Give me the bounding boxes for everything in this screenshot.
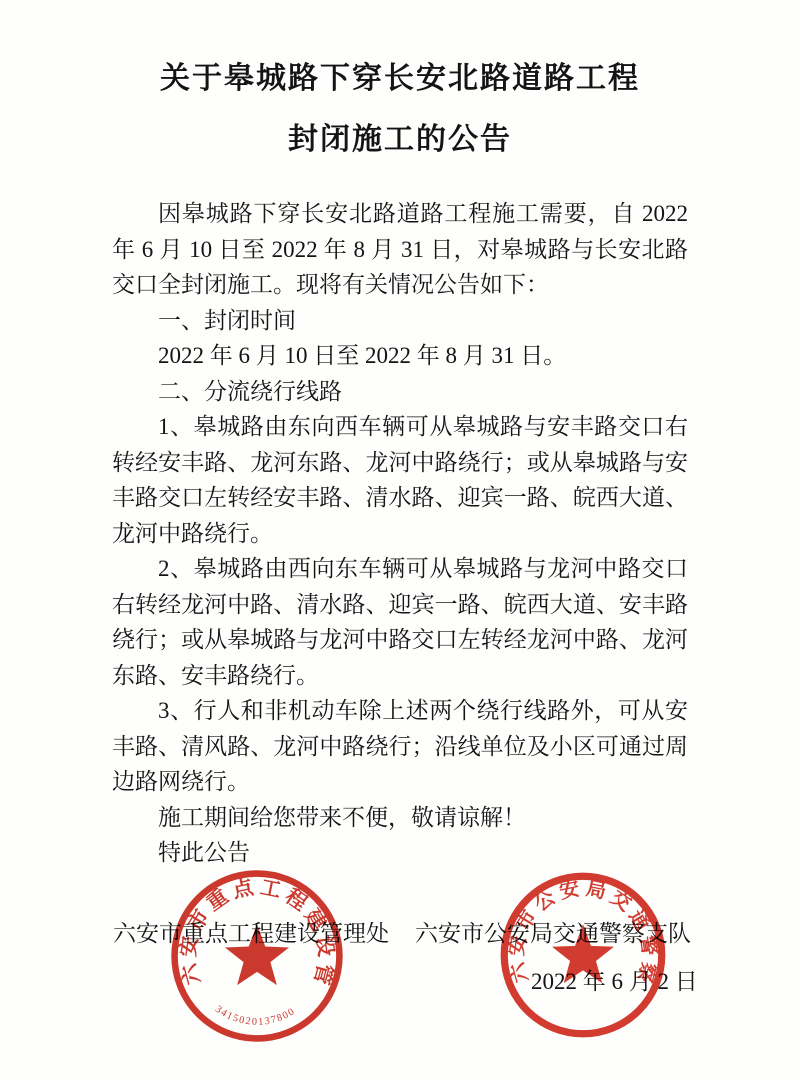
svg-text:3415020137800: 3415020137800 (213, 1004, 297, 1028)
body-paragraph-detour-1: 1、皋城路由东向西车辆可从皋城路与安丰路交口右转经安丰路、龙河东路、龙河中路绕行… (112, 409, 688, 551)
document-date: 2022 年 6 月 2 日 (0, 969, 800, 995)
star-icon (225, 924, 289, 985)
announcement-page: 关于皋城路下穿长安北路道路工程 封闭施工的公告 因皋城路下穿长安北路道路工程施工… (0, 0, 800, 1080)
document-title-line2: 封闭施工的公告 (0, 119, 800, 160)
body-paragraph-section2-heading: 二、分流绕行线路 (112, 374, 688, 410)
body-paragraph-intro: 因皋城路下穿长安北路道路工程施工需要，自 2022 年 6 月 10 日至 20… (112, 196, 688, 303)
body-paragraph-section1-heading: 一、封闭时间 (112, 303, 688, 339)
document-title-line1: 关于皋城路下穿长安北路道路工程 (0, 58, 800, 99)
document-body: 因皋城路下穿长安北路道路工程施工需要，自 2022 年 6 月 10 日至 20… (112, 196, 688, 871)
body-paragraph-apology: 施工期间给您带来不便，敬请谅解！ (112, 800, 688, 836)
seal-code: 3415020137800 (213, 1004, 297, 1028)
body-paragraph-detour-2: 2、皋城路由西向东车辆可从皋城路与龙河中路交口右转经龙河中路、清水路、迎宾一路、… (112, 551, 688, 693)
body-paragraph-closure-dates: 2022 年 6 月 10 日至 2022 年 8 月 31 日。 (112, 338, 688, 374)
official-seal-left: 六安市重点工程建设管理处 3415020137800 (168, 866, 346, 1046)
document-title: 关于皋城路下穿长安北路道路工程 封闭施工的公告 (0, 0, 800, 160)
star-icon (552, 924, 614, 983)
official-seal-right: 六安市公安局交通警察支队 (496, 869, 670, 1041)
body-paragraph-detour-3: 3、行人和非机动车除上述两个绕行线路外，可从安丰路、清风路、龙河中路绕行；沿线单… (112, 693, 688, 800)
